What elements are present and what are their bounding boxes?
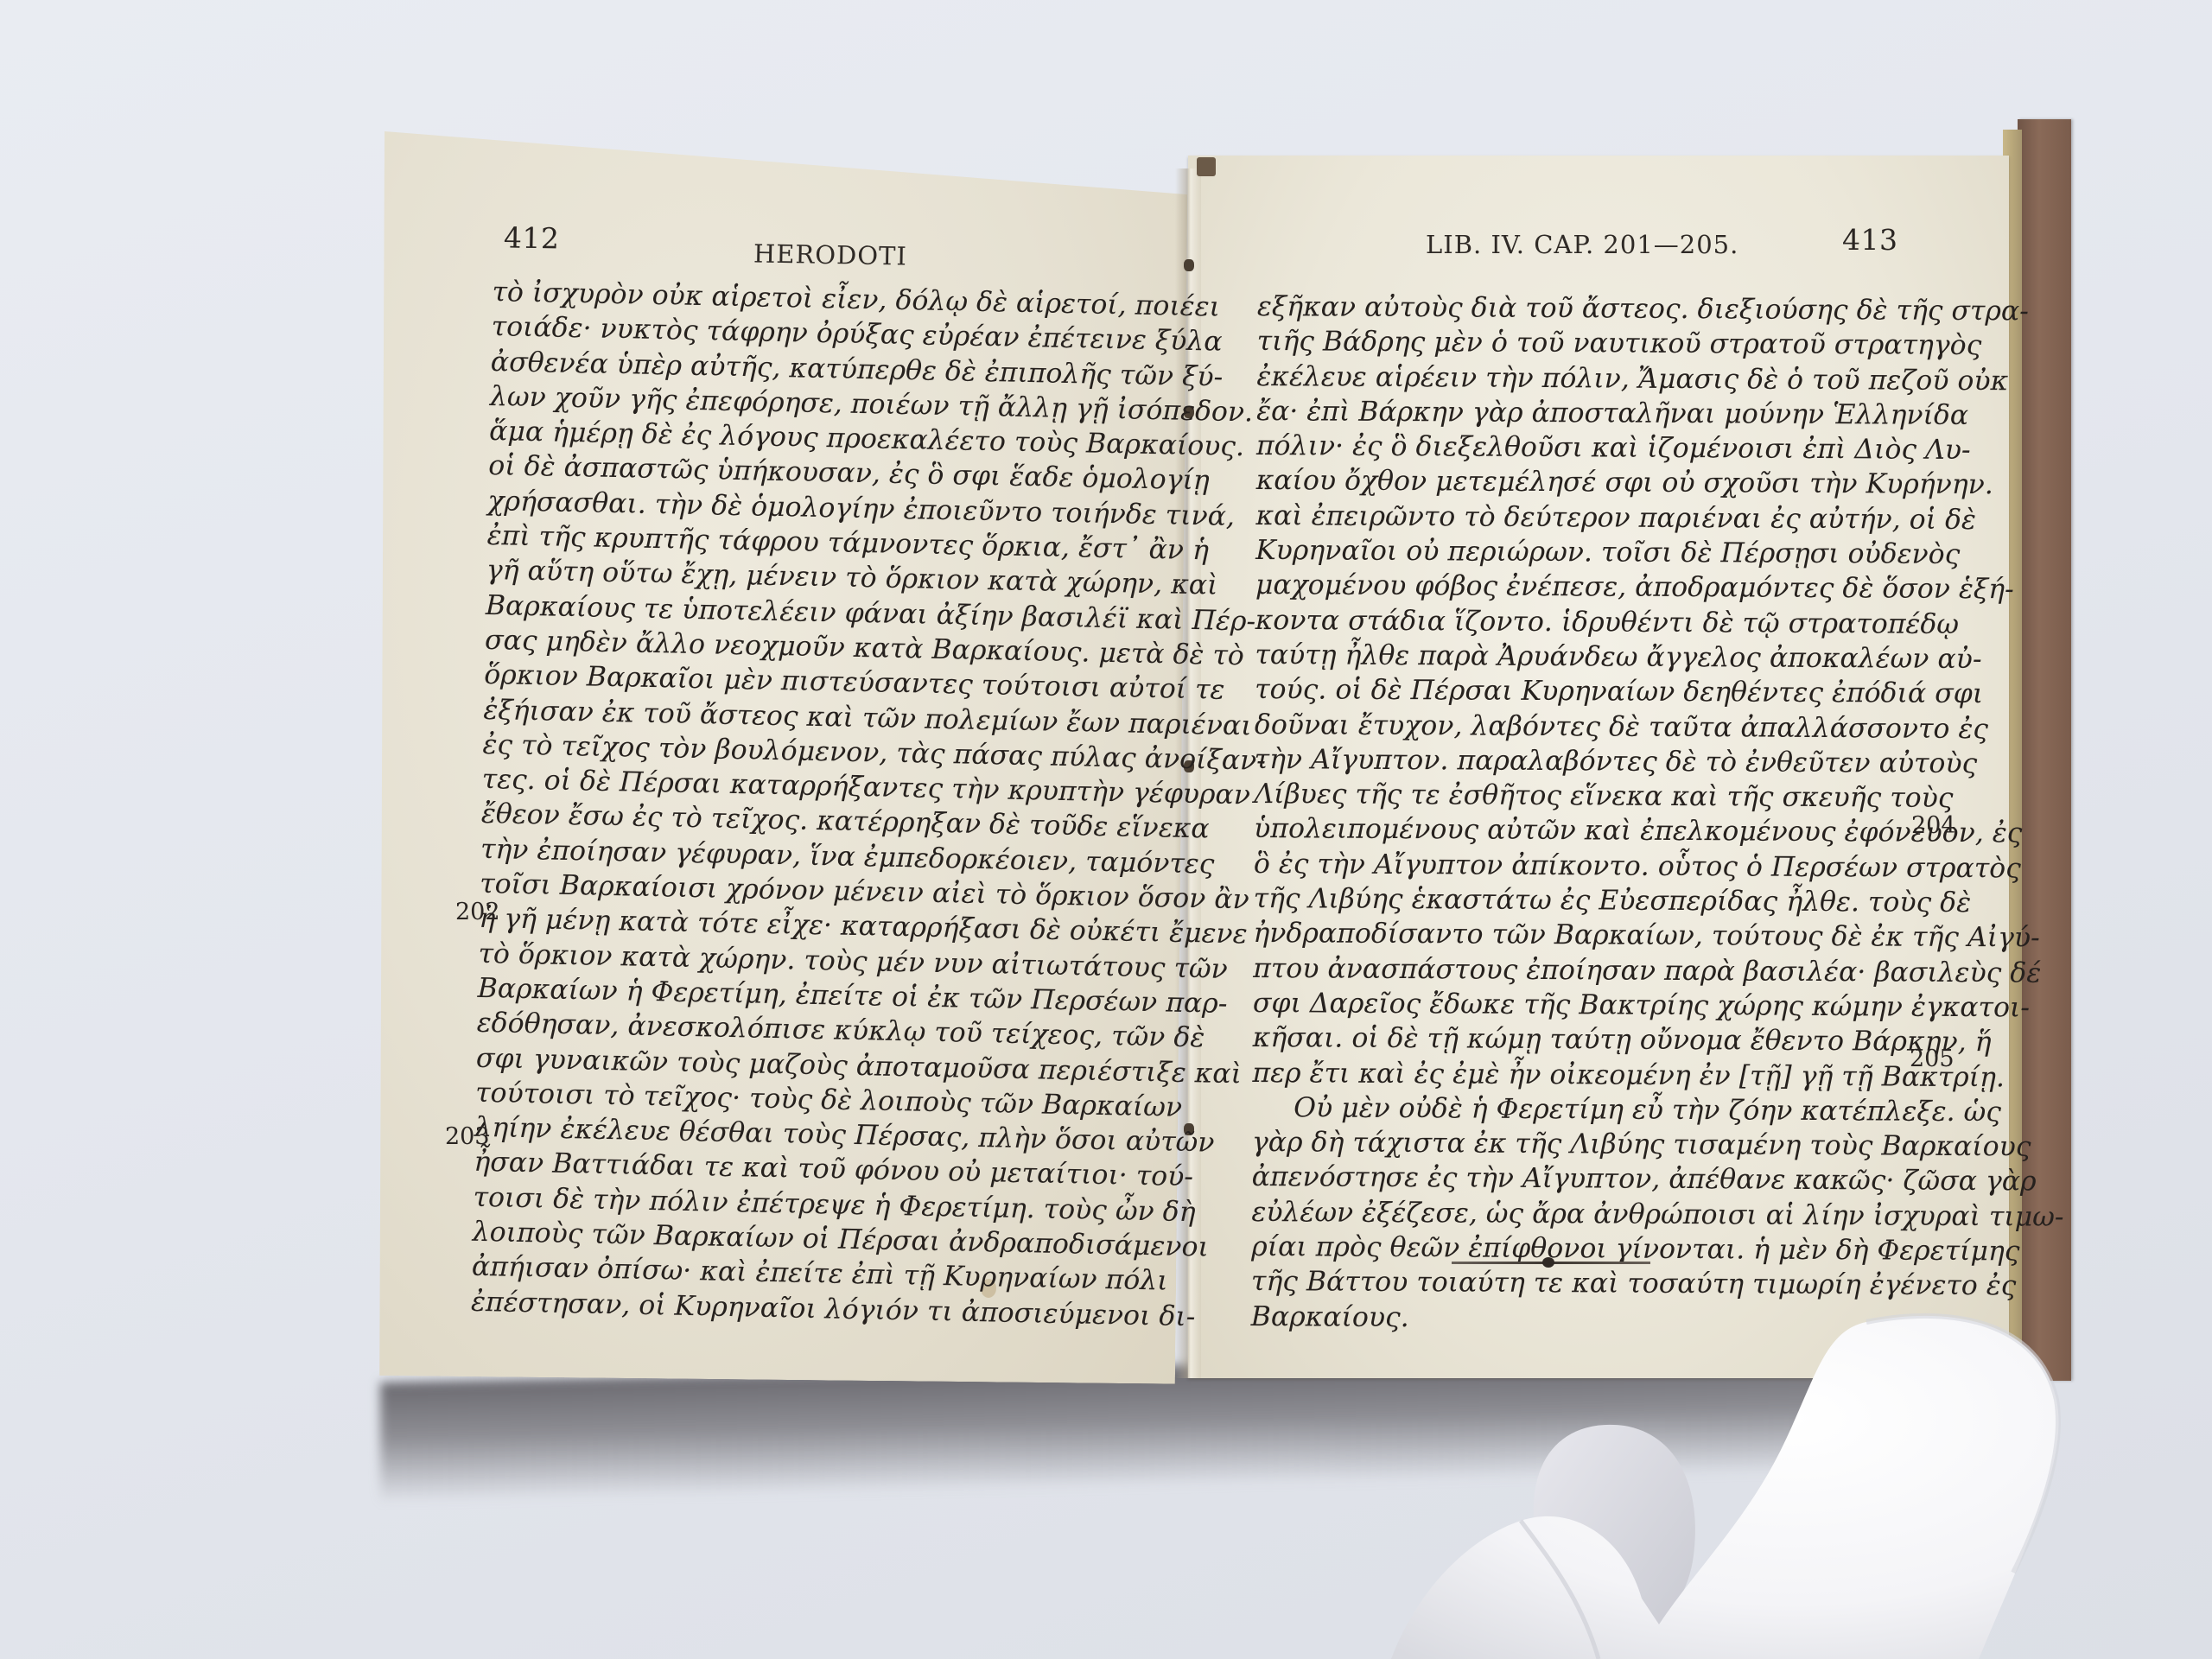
chapter-number-203: 203 bbox=[445, 1123, 490, 1150]
text-line: ἔα· ἐπὶ Βάρκην γὰρ ἀποσταλῆναι μούνην Ἑλ… bbox=[1256, 394, 1904, 433]
running-head-left: HERODOTI bbox=[753, 238, 907, 270]
text-line: κῆσαι. οἱ δὲ τῇ κώμῃ ταύτῃ οὔνομα ἔθεντο… bbox=[1253, 1020, 1901, 1059]
text-line: Οὐ μὲν οὐδὲ ἡ Φερετίμη εὖ τὴν ζόην κατέπ… bbox=[1252, 1090, 1900, 1129]
text-line: τὴν Αἴγυπτον. παραλαβόντες δὲ τὸ ἐνθεῦτε… bbox=[1255, 742, 1903, 781]
text-line: τούς. οἱ δὲ Πέρσαι Κυρηναίων δεηθέντες ἐ… bbox=[1255, 672, 1903, 711]
page-number-left: 412 bbox=[504, 220, 560, 255]
running-head-right: LIB. IV. CAP. 201—205. bbox=[1426, 230, 1738, 259]
text-line: σφι Δαρεῖος ἔδωκε τῆς Βακτρίης χώρης κώμ… bbox=[1253, 986, 1901, 1025]
text-line: Βαρκαίους. bbox=[1251, 1300, 1899, 1338]
text-line: Κυρηναῖοι οὐ περιώρων. τοῖσι δὲ Πέρσῃσι … bbox=[1255, 533, 1904, 572]
text-line: δοῦναι ἔτυχον, λαβόντες δὲ ταῦτα ἀπαλλάσ… bbox=[1255, 708, 1903, 747]
text-line: Λίβυες τῆς τε ἐσθῆτος εἵνεκα καὶ τῆς σκε… bbox=[1254, 777, 1902, 816]
text-line: εὐλέων ἐξέζεσε, ὡς ἄρα ἀνθρώποισι αἱ λίη… bbox=[1251, 1195, 1899, 1234]
chapter-number-205: 205 bbox=[1910, 1046, 1955, 1072]
text-line: καὶ ἐπειρῶντο τὸ δεύτερον παριέναι ἐς αὐ… bbox=[1255, 499, 1904, 537]
text-line: ἐκέλευε αἱρέειν τὴν πόλιν, Ἄμασις δὲ ὁ τ… bbox=[1256, 359, 1904, 398]
text-line: ἠνδραποδίσαντο τῶν Βαρκαίων, τούτους δὲ … bbox=[1253, 916, 1901, 955]
text-line: ὑπολειπομένους αὐτῶν καὶ ἐπελκομένους ἐφ… bbox=[1254, 811, 1902, 850]
text-line: εξῆκαν αὐτοὺς διὰ τοῦ ἄστεος. διεξιούσης… bbox=[1257, 289, 1905, 328]
headband bbox=[1197, 157, 1216, 176]
text-line: περ ἔτι καὶ ἐς ἐμὲ ἦν οἰκεομένη ἐν [τῇ] … bbox=[1252, 1056, 1900, 1095]
text-line: τῆς Λιβύης ἑκαστάτω ἐς Εὐεσπερίδας ἦλθε.… bbox=[1254, 881, 1902, 920]
text-line: καίου ὄχθον μετεμέλησέ σφι οὐ σχοῦσι τὴν… bbox=[1256, 463, 1904, 502]
left-page-text: τὸ ἰσχυρὸν οὐκ αἱρετοὶ εἶεν, δόλῳ δὲ αἱρ… bbox=[471, 275, 1145, 1332]
text-line: γὰρ δὴ τάχιστα ἐκ τῆς Λιβύης τισαμένη το… bbox=[1252, 1125, 1900, 1164]
page-number-right: 413 bbox=[1842, 223, 1898, 257]
text-line: μαχομένου φόβος ἐνέπεσε, ἀποδραμόντες δὲ… bbox=[1255, 568, 1904, 607]
text-line: πτου ἀνασπάστους ἐποίησαν παρὰ βασιλέα· … bbox=[1253, 951, 1901, 990]
text-line: ἀπενόστησε ἐς τὴν Αἴγυπτον, ἀπέθανε κακῶ… bbox=[1252, 1160, 1900, 1198]
text-line: ὃ ἐς τὴν Αἴγυπτον ἀπίκοντο. οὗτος ὁ Περσ… bbox=[1254, 847, 1902, 886]
binding-thread bbox=[1184, 259, 1194, 271]
chapter-number-204: 204 bbox=[1911, 812, 1956, 839]
text-line: τῆς Βάττου τοιαύτη τε καὶ τοσαύτη τιμωρί… bbox=[1251, 1264, 1899, 1303]
text-line: πόλιν· ἐς ὃ διεξελθοῦσι καὶ ἱζομένοισι ἐ… bbox=[1256, 429, 1904, 467]
text-line: κοντα στάδια ἵζοντο. ἱδρυθέντι δὲ τῷ στρ… bbox=[1255, 603, 1904, 642]
text-line: τιῆς Βάδρης μὲν ὁ τοῦ ναυτικοῦ στρατοῦ σ… bbox=[1257, 324, 1905, 363]
right-page-text: εξῆκαν αὐτοὺς διὰ τοῦ ἄστεος. διεξιούσης… bbox=[1251, 289, 1905, 1338]
rule-ornament bbox=[1542, 1257, 1554, 1268]
text-line: ταύτῃ ἦλθε παρὰ Ἀρυάνδεω ἄγγελος ἀποκαλέ… bbox=[1255, 638, 1903, 677]
chapter-number-202: 202 bbox=[455, 899, 500, 925]
